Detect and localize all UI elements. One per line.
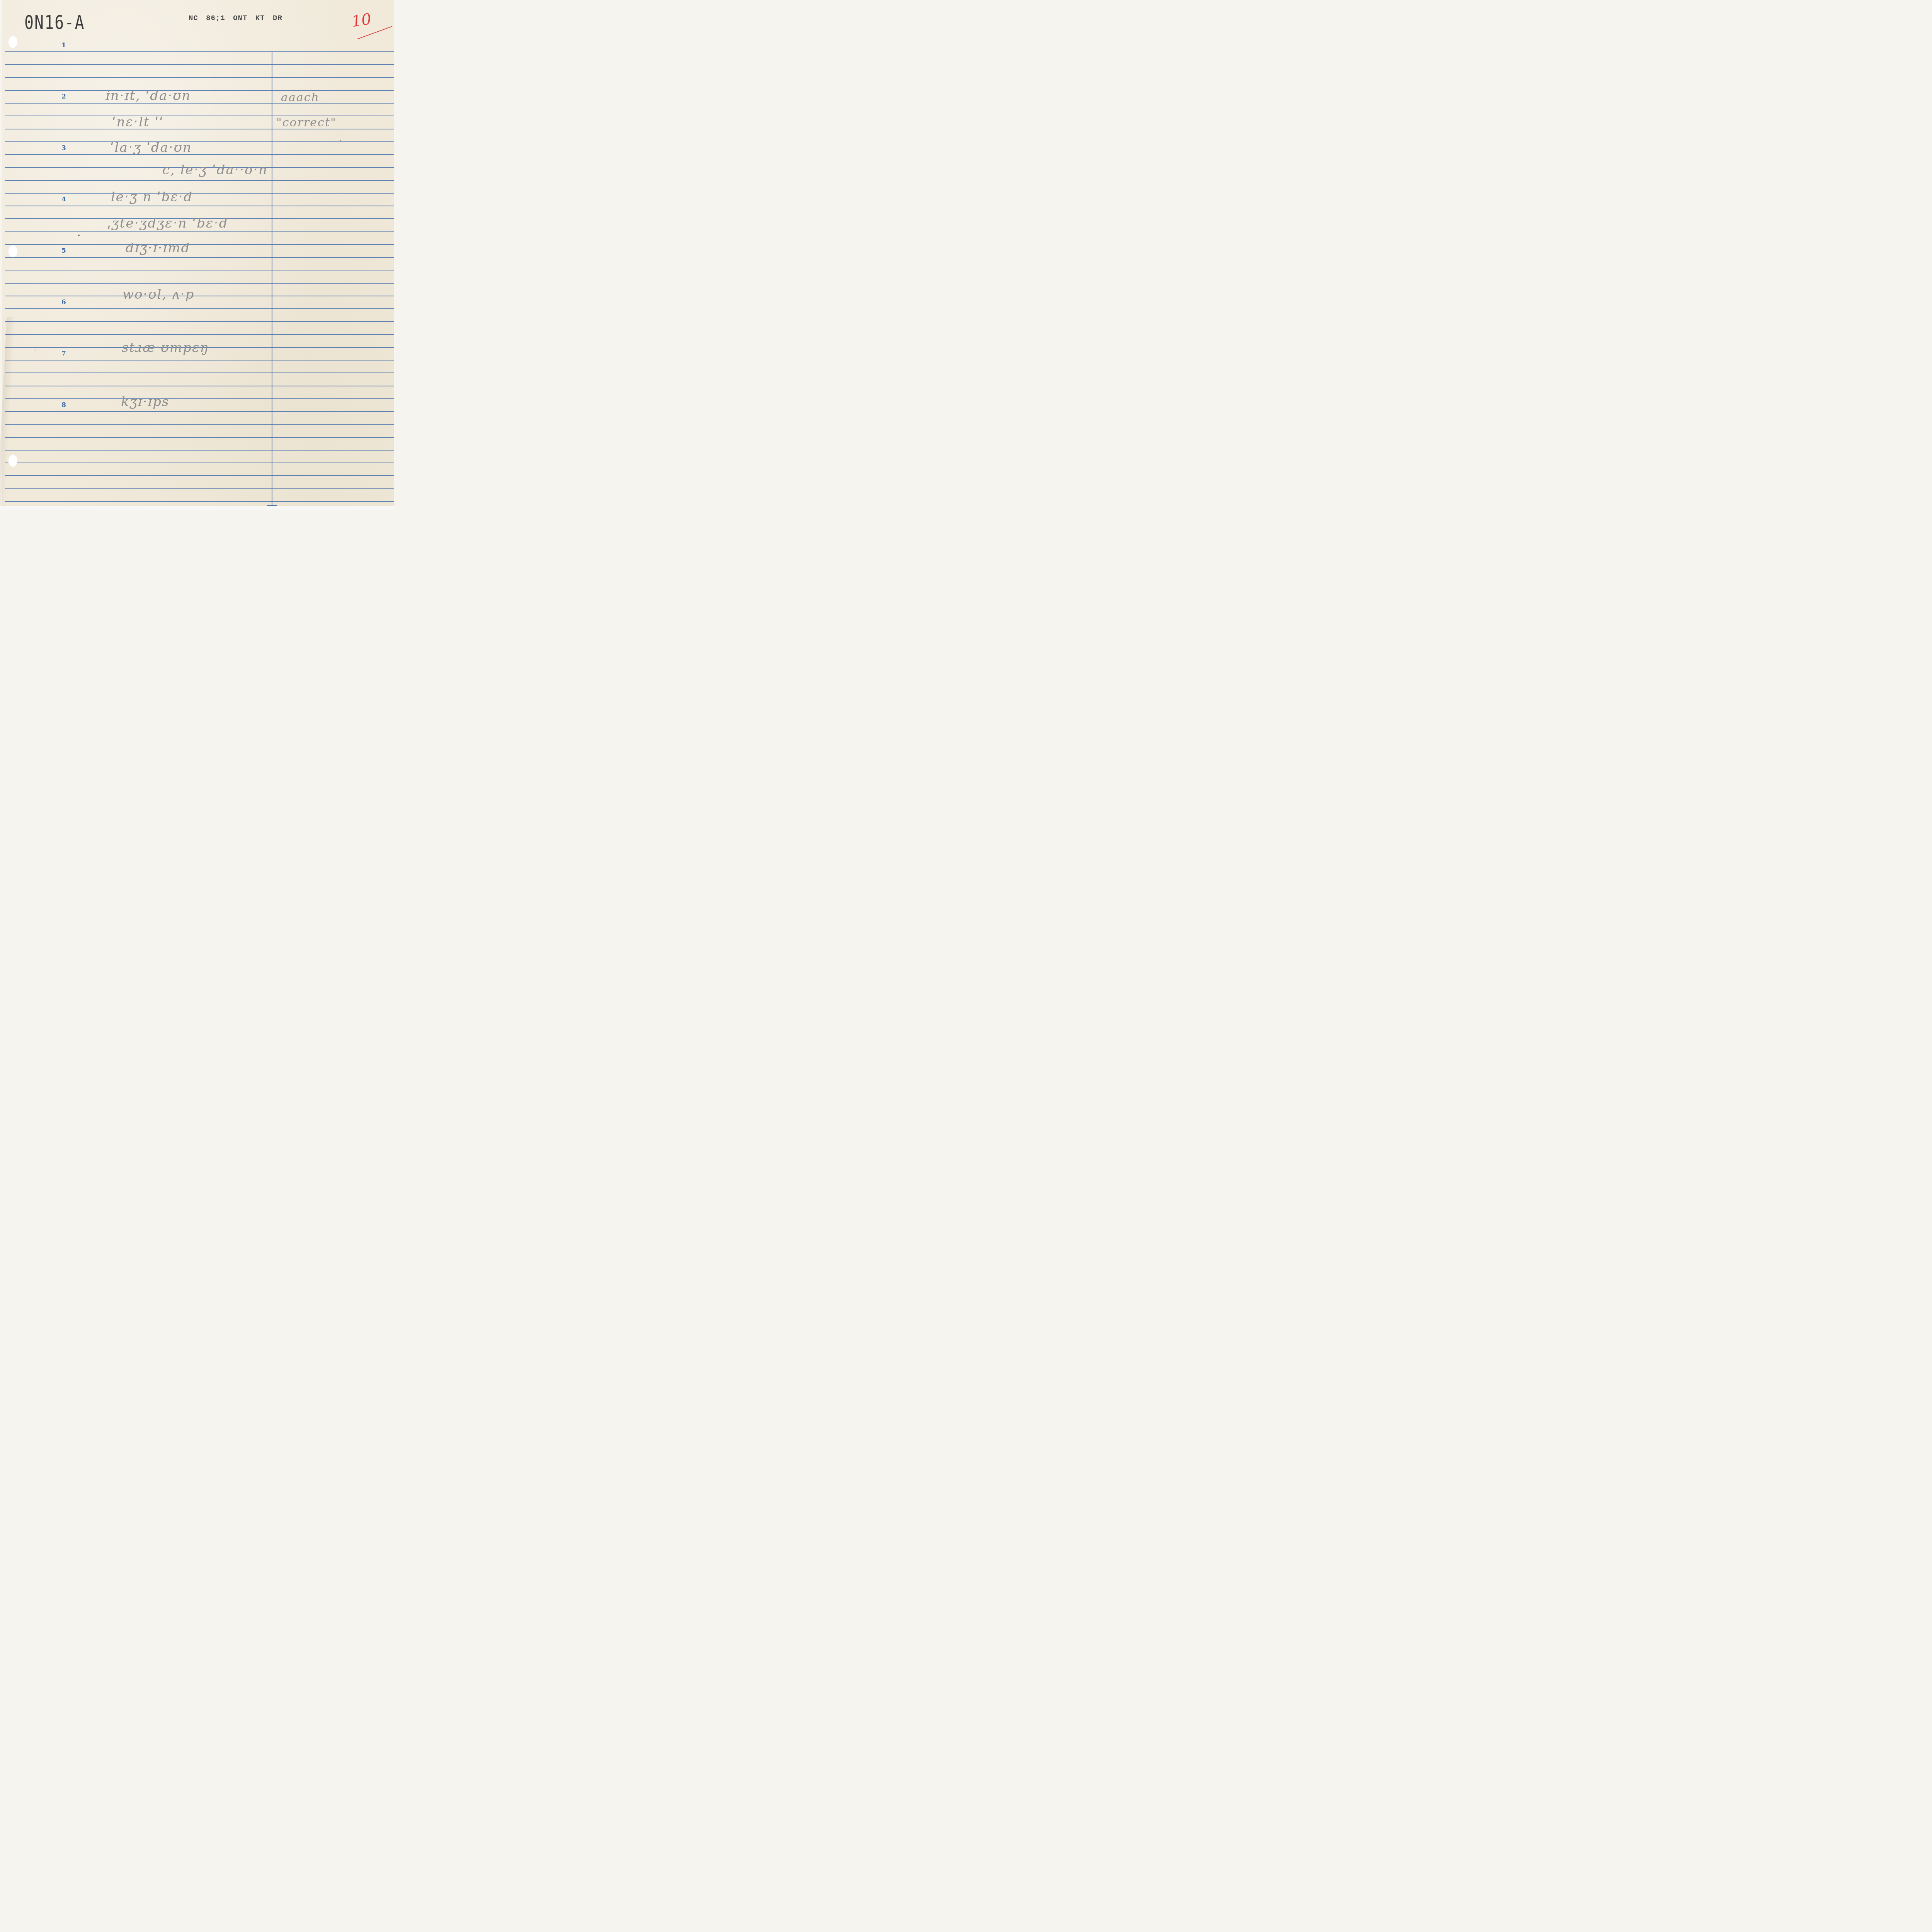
- grade-mark: 10: [350, 10, 372, 31]
- scan-margin: [0, 506, 394, 510]
- ruled-line: [5, 386, 394, 386]
- binder-hole-middle: [8, 245, 17, 257]
- row-number-6: 6: [60, 298, 68, 306]
- ruled-line: [5, 450, 394, 451]
- column-divider: [272, 51, 272, 505]
- ruled-line: [5, 437, 394, 438]
- entry-row-3-b: c, leˑʒ ˈdaˑ·oˑn: [162, 162, 268, 178]
- ruled-line: [5, 296, 394, 296]
- ruled-line: [5, 463, 394, 463]
- ruled-line: [5, 51, 394, 52]
- ruled-line: [5, 257, 394, 258]
- entry-row-4-b: ˌʒteˑʒdʒɛˑn ˈbɛˑd: [107, 216, 228, 231]
- row-number-2: 2: [60, 93, 68, 100]
- ruled-line: [5, 231, 394, 232]
- ruled-line: [5, 372, 394, 373]
- row-number-3: 3: [60, 144, 68, 152]
- row-number-1: 1: [60, 41, 68, 49]
- paper-speck: [340, 140, 341, 141]
- row-number-4: 4: [60, 196, 68, 203]
- ruled-line: [5, 141, 394, 142]
- ruled-line: [5, 398, 394, 399]
- ruled-line: [5, 411, 394, 412]
- ruled-line: [5, 103, 394, 104]
- entry-row-2-b: ˈnɛˑlt ˈˈ: [112, 114, 164, 130]
- ruled-line: [5, 488, 394, 489]
- entry-row-5: dɪʒ·ɪ·ɪmd: [126, 240, 190, 256]
- ruled-line: [5, 334, 394, 335]
- ruled-line: [5, 64, 394, 65]
- paper-speck: [78, 235, 80, 236]
- paper-speck: [35, 350, 36, 351]
- paper-sheet: 0N16-A NC 86;1 ONT KT DR 10 1 2 3 4 5 6 …: [2, 0, 394, 506]
- ruled-line: [5, 321, 394, 322]
- ruled-line: [5, 360, 394, 361]
- ruled-line: [5, 193, 394, 194]
- entry-right-row-2-b: "correct": [276, 116, 337, 129]
- sheet-code: NC 86;1 ONT KT DR: [189, 14, 282, 22]
- ruled-line: [5, 77, 394, 78]
- entry-row-3-a: ˈlaˑʒ ˈda·ʊn: [110, 140, 192, 155]
- ruled-line: [5, 308, 394, 309]
- sheet-id: 0N16-A: [24, 12, 85, 34]
- binder-hole-top: [8, 36, 17, 48]
- ruled-line: [5, 90, 394, 91]
- entry-row-8: kʒɪ·ɪps: [121, 394, 170, 410]
- ruled-line: [5, 424, 394, 425]
- ruled-line: [5, 270, 394, 270]
- ruled-line: [5, 154, 394, 155]
- ruled-line: [5, 244, 394, 245]
- row-number-7: 7: [60, 350, 68, 357]
- ruled-line: [5, 475, 394, 476]
- ruled-line: [5, 501, 394, 502]
- ruled-line: [5, 283, 394, 284]
- entry-row-7: stɹæ·ʊmpɛŋ: [122, 340, 209, 355]
- row-number-8: 8: [60, 401, 68, 409]
- row-number-5: 5: [60, 247, 68, 255]
- ruled-line: [5, 206, 394, 206]
- binder-hole-bottom: [8, 454, 17, 467]
- entry-row-4-a: leˑʒ n ˈbɛˑd: [111, 189, 193, 205]
- entry-row-6: wo·ʊl, ʌˑp: [122, 287, 194, 302]
- entry-row-2-a: ɪ̀n·ɪt, ˈda·ʊn: [105, 88, 191, 104]
- ruled-line: [5, 180, 394, 181]
- entry-right-row-2-a: aaach: [281, 91, 320, 104]
